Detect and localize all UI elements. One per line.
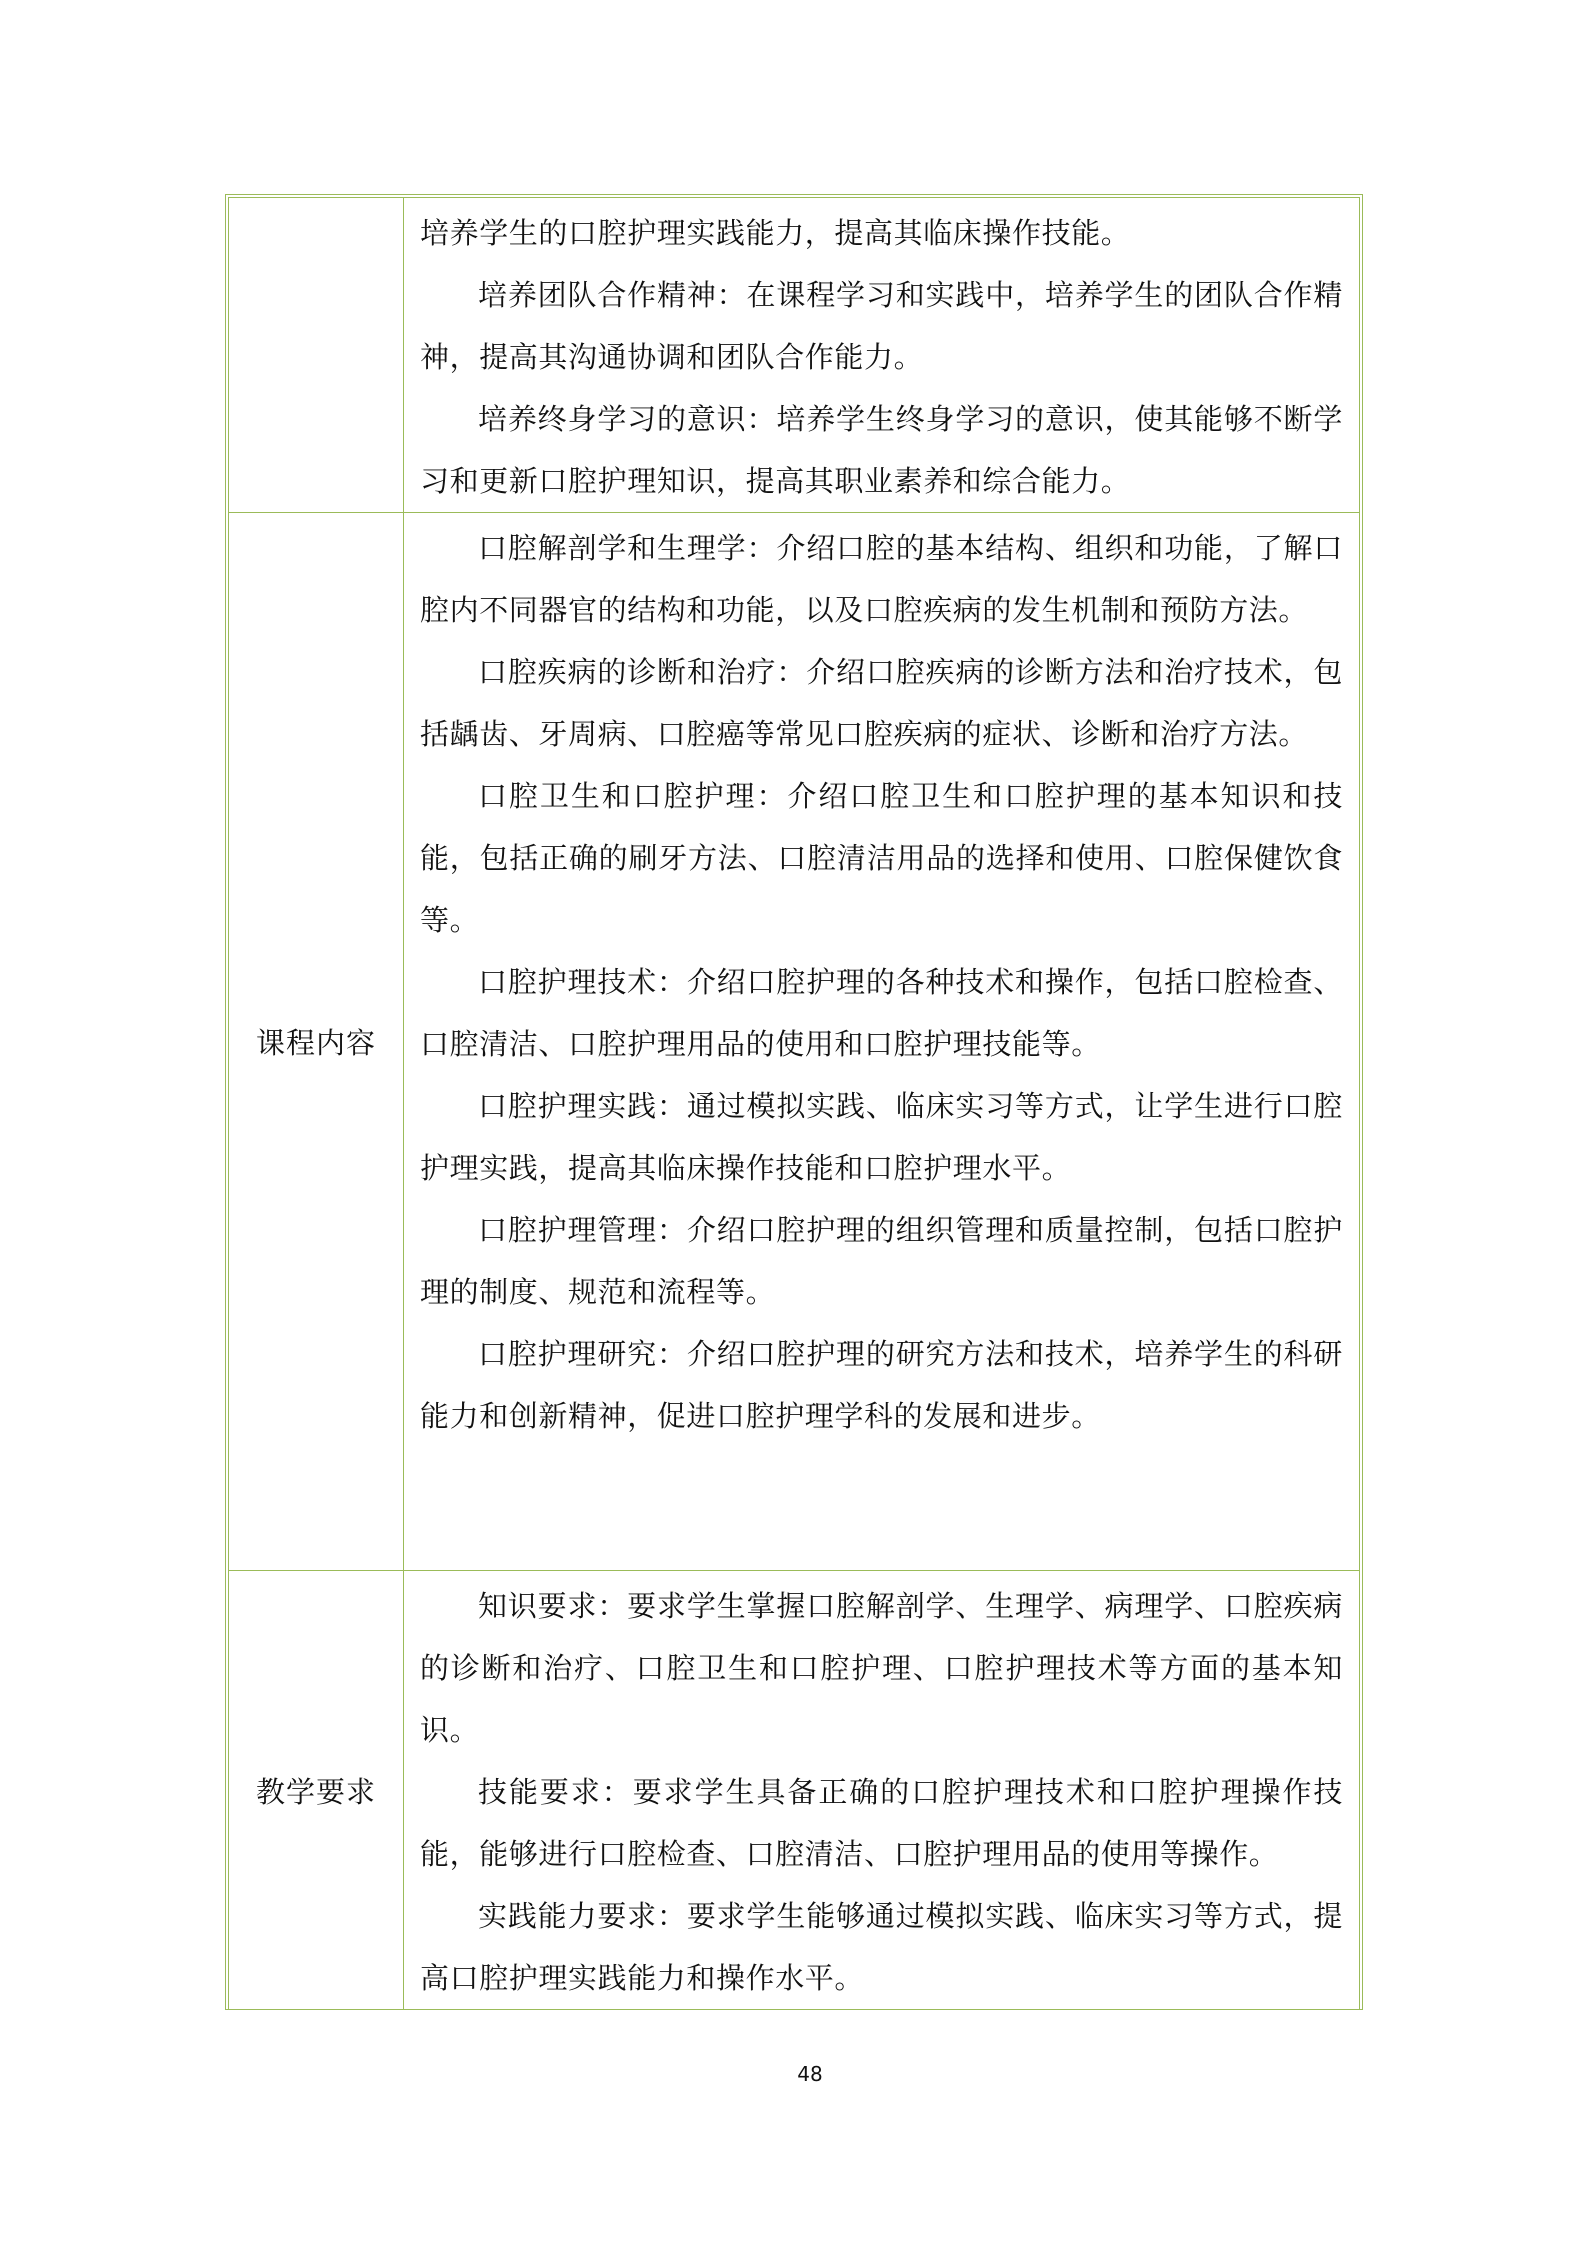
- row-label-course-content: 课程内容: [229, 513, 404, 1571]
- paragraph: 培养终身学习的意识：培养学生终身学习的意识，使其能够不断学习和更新口腔护理知识，…: [420, 388, 1343, 512]
- row-content: 口腔解剖学和生理学：介绍口腔的基本结构、组织和功能，了解口腔内不同器官的结构和功…: [404, 513, 1360, 1571]
- paragraph: 口腔护理研究：介绍口腔护理的研究方法和技术，培养学生的科研能力和创新精神，促进口…: [420, 1323, 1343, 1447]
- paragraph: 培养学生的口腔护理实践能力，提高其临床操作技能。: [420, 202, 1343, 264]
- paragraph: 实践能力要求：要求学生能够通过模拟实践、临床实习等方式，提高口腔护理实践能力和操…: [420, 1885, 1343, 2009]
- course-table-frame: 培养学生的口腔护理实践能力，提高其临床操作技能。 培养团队合作精神：在课程学习和…: [225, 194, 1363, 2010]
- paragraph: 技能要求：要求学生具备正确的口腔护理技术和口腔护理操作技能，能够进行口腔检查、口…: [420, 1761, 1343, 1885]
- course-table: 培养学生的口腔护理实践能力，提高其临床操作技能。 培养团队合作精神：在课程学习和…: [228, 197, 1360, 2010]
- paragraph: 培养团队合作精神：在课程学习和实践中，培养学生的团队合作精神，提高其沟通协调和团…: [420, 264, 1343, 388]
- paragraph: 口腔护理管理：介绍口腔护理的组织管理和质量控制，包括口腔护理的制度、规范和流程等…: [420, 1199, 1343, 1323]
- table-row-teaching-requirements: 教学要求 知识要求：要求学生掌握口腔解剖学、生理学、病理学、口腔疾病的诊断和治疗…: [229, 1571, 1360, 2010]
- paragraph: 口腔解剖学和生理学：介绍口腔的基本结构、组织和功能，了解口腔内不同器官的结构和功…: [420, 517, 1343, 641]
- row-label: [229, 198, 404, 513]
- table-row-course-content: 课程内容 口腔解剖学和生理学：介绍口腔的基本结构、组织和功能，了解口腔内不同器官…: [229, 513, 1360, 1571]
- paragraph: 知识要求：要求学生掌握口腔解剖学、生理学、病理学、口腔疾病的诊断和治疗、口腔卫生…: [420, 1575, 1343, 1761]
- row-label-teaching-requirements: 教学要求: [229, 1571, 404, 2010]
- paragraph: 口腔疾病的诊断和治疗：介绍口腔疾病的诊断方法和治疗技术，包括龋齿、牙周病、口腔癌…: [420, 641, 1343, 765]
- paragraph: 口腔卫生和口腔护理：介绍口腔卫生和口腔护理的基本知识和技能，包括正确的刷牙方法、…: [420, 765, 1343, 951]
- paragraph: 口腔护理技术：介绍口腔护理的各种技术和操作，包括口腔检查、口腔清洁、口腔护理用品…: [420, 951, 1343, 1075]
- row-content: 培养学生的口腔护理实践能力，提高其临床操作技能。 培养团队合作精神：在课程学习和…: [404, 198, 1360, 513]
- paragraph: 口腔护理实践：通过模拟实践、临床实习等方式，让学生进行口腔护理实践，提高其临床操…: [420, 1075, 1343, 1199]
- table-row-objectives-continued: 培养学生的口腔护理实践能力，提高其临床操作技能。 培养团队合作精神：在课程学习和…: [229, 198, 1360, 513]
- page-number: 48: [0, 2062, 1587, 2086]
- row-content: 知识要求：要求学生掌握口腔解剖学、生理学、病理学、口腔疾病的诊断和治疗、口腔卫生…: [404, 1571, 1360, 2010]
- document-page: 培养学生的口腔护理实践能力，提高其临床操作技能。 培养团队合作精神：在课程学习和…: [0, 0, 1587, 2245]
